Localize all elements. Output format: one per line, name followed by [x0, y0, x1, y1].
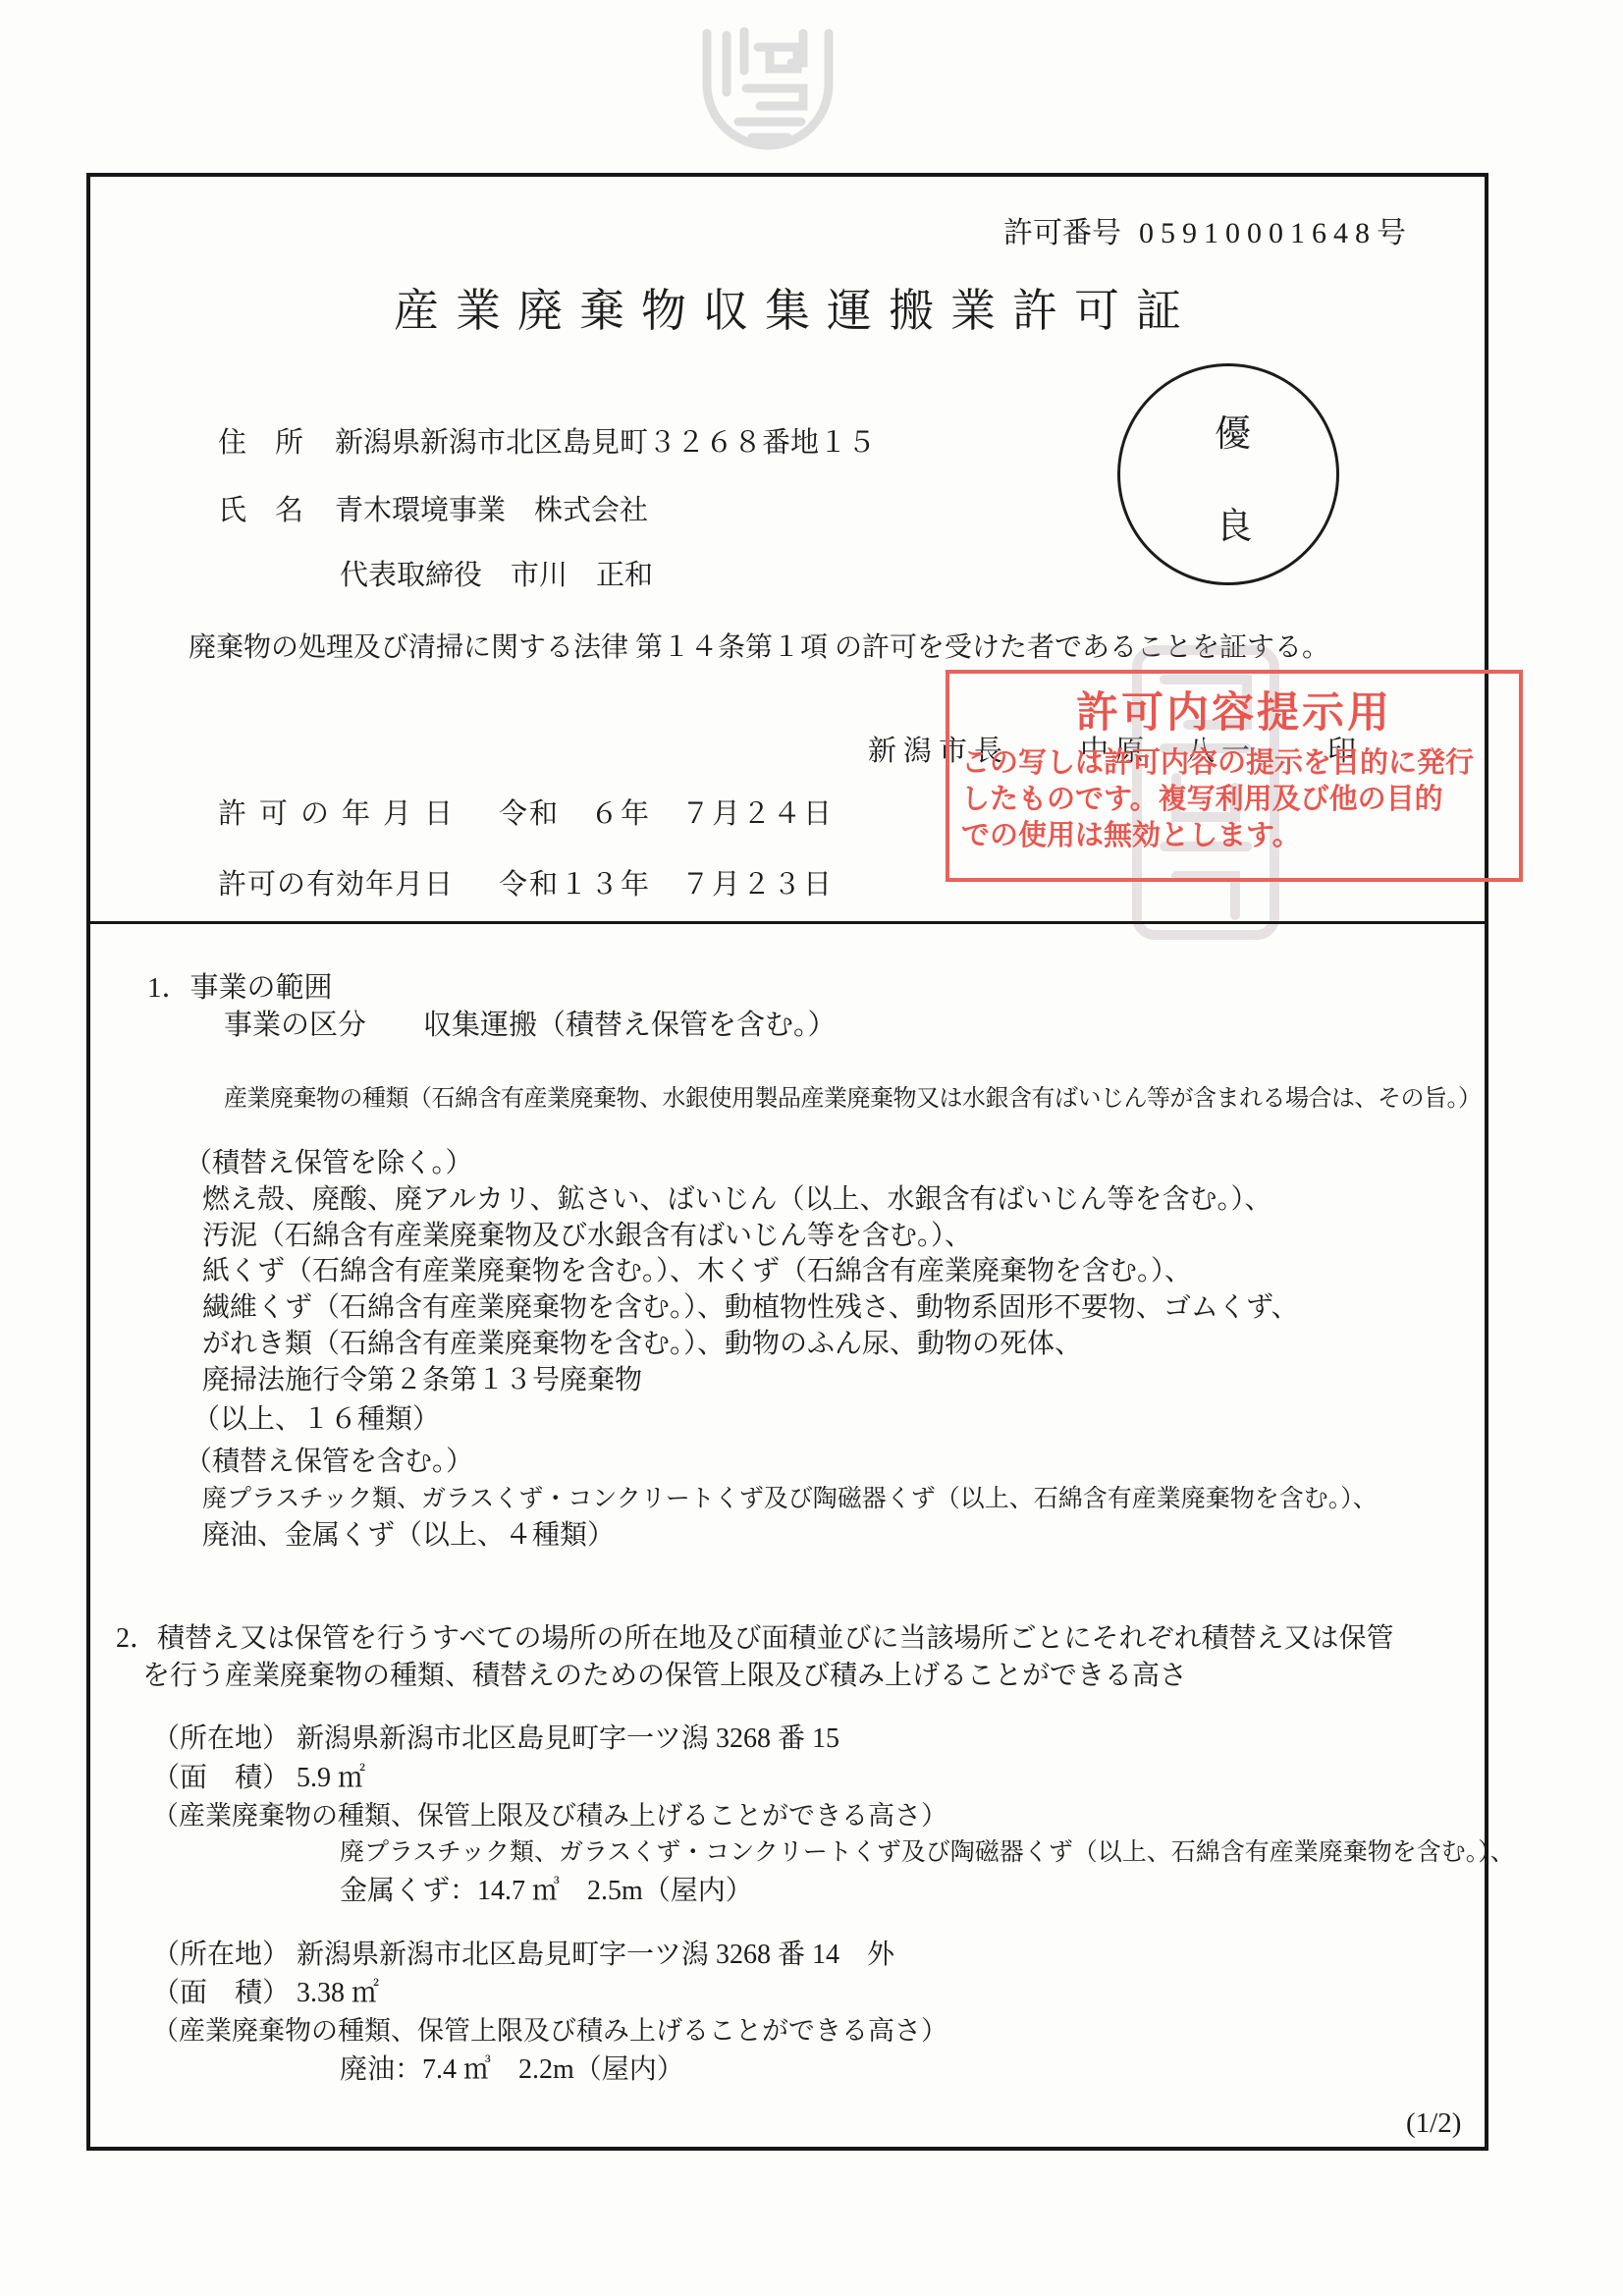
- section1-category-line: 事業の区分 収集運搬（積替え保管を含む。）: [224, 1003, 837, 1043]
- section1-heading: 1．事業の範囲: [147, 965, 333, 1006]
- permit-number-value: 05910001648号: [1139, 217, 1413, 249]
- storage-item: 廃油：7.4 ㎥ 2.2m（屋内）: [340, 2048, 684, 2087]
- area-label: （面 積）: [152, 1971, 290, 2010]
- address-label: 住 所: [218, 427, 303, 459]
- excluding-header: （積替え保管を除く。）: [185, 1141, 472, 1180]
- document-title: 産業廃棄物収集運搬業許可証: [86, 275, 1488, 340]
- waste-list-item: 廃油、金属くず（以上、４種類）: [202, 1513, 615, 1553]
- representative-row: 代表取締役 市川 正和: [340, 553, 653, 593]
- waste-list-item: 燃え殻、廃酸、廃アルカリ、鉱さい、ばいじん（以上、水銀含有ばいじん等を含む。）、: [202, 1177, 1272, 1217]
- section2-heading-line1: 2．積替え又は保管を行うすべての場所の所在地及び面積並びに当該場所ごとにそれぞれ…: [116, 1616, 1393, 1656]
- watermark-seal-icon: [687, 26, 849, 171]
- permit-number-label: 許可番号: [1003, 217, 1121, 249]
- section1-kinds-note: 産業廃棄物の種類（石綿含有産業廃棄物、水銀使用製品産業廃棄物又は水銀含有ばいじん…: [224, 1078, 1482, 1113]
- section2-heading-line2: を行う産業廃棄物の種類、積替えのための保管上限及び積み上げることができる高さ: [142, 1654, 1187, 1693]
- including-header: （積替え保管を含む。）: [185, 1440, 473, 1479]
- copy-notice-line: での使用は無効とします。: [961, 818, 1511, 854]
- excellent-badge-circle: 優 良: [1117, 363, 1339, 585]
- permit-number-row: 許可番号05910001648号: [1003, 208, 1413, 251]
- name-value: 青木環境事業 株式会社: [335, 495, 648, 526]
- grant-date-label: 許可の年月日: [218, 792, 465, 832]
- page-number: (1/2): [1406, 2107, 1461, 2140]
- waste-list-item: 紙くず（石綿含有産業廃棄物を含む。）、木くず（石綿含有産業廃棄物を含む。）、: [202, 1249, 1192, 1288]
- name-label: 氏 名: [218, 495, 303, 526]
- address-value: 新潟県新潟市北区島見町３２６８番地１５: [335, 427, 876, 459]
- copy-notice-line: したものです。複写利用及び他の目的: [961, 782, 1511, 818]
- waste-list-item: 廃プラスチック類、ガラスくず・コンクリートくず及び陶磁器くず（以上、石綿含有産業…: [202, 1479, 1378, 1514]
- area-value: 5.9 ㎡: [297, 1756, 365, 1795]
- expiry-date-value: 令和１３年 ７月２３日: [499, 862, 834, 902]
- excellent-badge-top-char: 優: [1215, 404, 1251, 457]
- address-row: 住 所新潟県新潟市北区島見町３２６８番地１５: [218, 420, 876, 461]
- waste-list-total: （以上、１６種類）: [192, 1397, 440, 1437]
- expiry-date-label: 許可の有効年月日: [218, 862, 454, 902]
- location-value: 新潟県新潟市北区島見町字一ツ潟 3268 番 14 外: [297, 1933, 894, 1972]
- storage-item: 金属くず：14.7 ㎥ 2.5m（屋内）: [340, 1869, 753, 1908]
- location-value: 新潟県新潟市北区島見町字一ツ潟 3268 番 15: [297, 1717, 839, 1756]
- location-label: （所在地）: [152, 1933, 290, 1972]
- area-label: （面 積）: [152, 1756, 290, 1795]
- waste-list-item: 廃掃法施行令第２条第１３号廃棄物: [202, 1358, 642, 1397]
- copy-notice-stamp: 許可内容提示用 この写しは許可内容の提示を目的に発行 したものです。複写利用及び…: [946, 670, 1523, 882]
- permit-certificate-page: 許可番号05910001648号 産業廃棄物収集運搬業許可証 住 所新潟県新潟市…: [0, 0, 1623, 2296]
- area-value: 3.38 ㎡: [297, 1971, 379, 2010]
- waste-list-item: 繊維くず（石綿含有産業廃棄物を含む。）、動植物性残さ、動物系固形不要物、ゴムくず…: [202, 1285, 1299, 1325]
- name-row: 氏 名青木環境事業 株式会社: [218, 488, 648, 528]
- location-label: （所在地）: [152, 1717, 290, 1756]
- section-divider: [86, 921, 1488, 924]
- excellent-badge-bottom-char: 良: [1216, 496, 1252, 549]
- storage-kinds-label: （産業廃棄物の種類、保管上限及び積み上げることができる高さ）: [152, 2009, 947, 2048]
- storage-item: 廃プラスチック類、ガラスくず・コンクリートくず及び陶磁器くず（以上、石綿含有産業…: [340, 1832, 1515, 1868]
- storage-kinds-label: （産業廃棄物の種類、保管上限及び積み上げることができる高さ）: [152, 1794, 947, 1832]
- waste-list-item: 汚泥（石綿含有産業廃棄物及び水銀含有ばいじん等を含む。）、: [202, 1214, 972, 1253]
- copy-notice-line: この写しは許可内容の提示を目的に発行: [961, 745, 1511, 782]
- copy-notice-title: 許可内容提示用: [949, 680, 1519, 739]
- grant-date-value: 令和 ６年 ７月２４日: [499, 792, 834, 832]
- waste-list-item: がれき類（石綿含有産業廃棄物を含む。）、動物のふん尿、動物の死体、: [202, 1322, 1082, 1361]
